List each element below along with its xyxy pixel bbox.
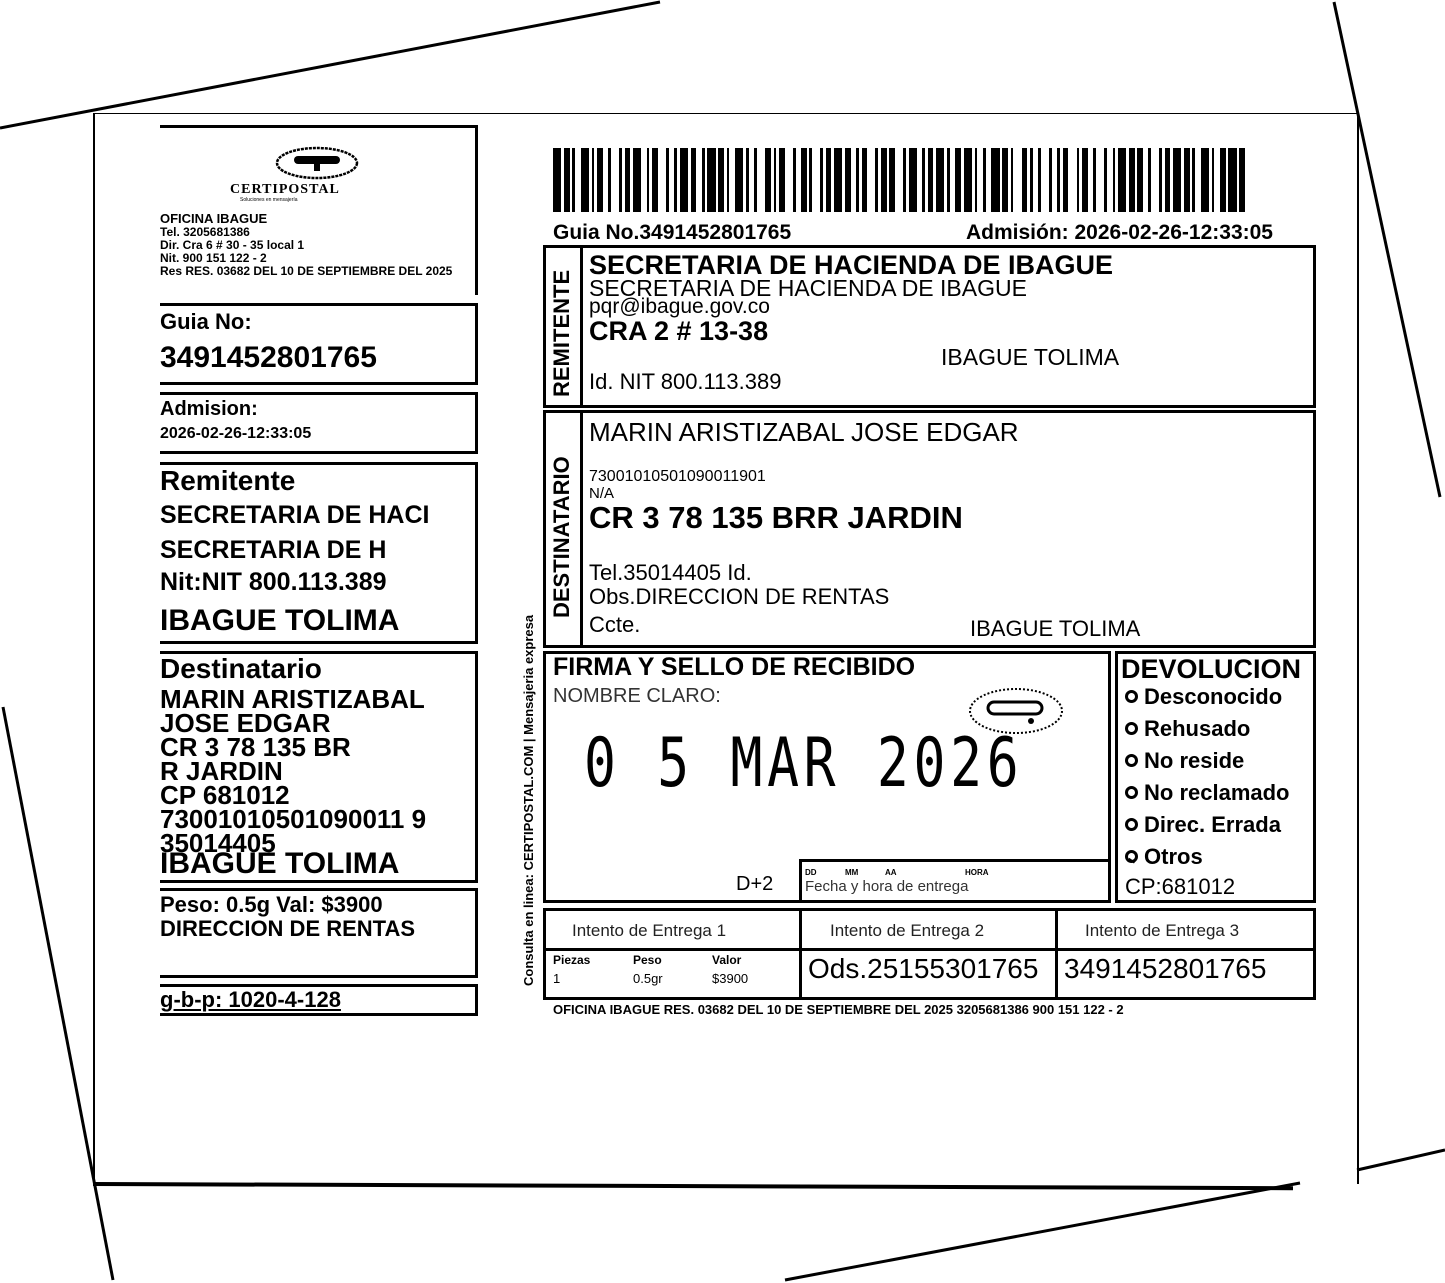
delivery-stamp-date: 0 5 MAR 2026 (584, 730, 1023, 798)
devolucion-option-label: Direc. Errada (1144, 812, 1281, 837)
radio-empty-icon[interactable] (1125, 722, 1138, 735)
piezas-value: 1 (553, 972, 560, 985)
fecha-header-aa: AA (885, 869, 897, 877)
left-remitente-line: SECRETARIA DE HACI (160, 503, 429, 528)
intento-2-header: Intento de Entrega 2 (830, 922, 984, 939)
remitente-divider (580, 248, 583, 405)
devolucion-option[interactable]: Rehusado (1125, 718, 1250, 740)
intentos-col-divider (799, 908, 802, 1000)
fecha-header-hora: HORA (965, 869, 989, 877)
destinatario-section-label: DESTINATARIO (551, 456, 573, 618)
radio-checked-icon[interactable] (1125, 850, 1138, 863)
devolucion-option-label: Otros (1144, 844, 1203, 869)
intentos-row-divider (543, 948, 1316, 951)
destinatario-address: CR 3 78 135 BRR JARDIN (589, 502, 963, 533)
intento-1-header: Intento de Entrega 1 (572, 922, 726, 939)
piezas-label: Piezas (553, 954, 590, 966)
left-remitente-line: SECRETARIA DE H (160, 538, 386, 563)
header-guia: Guia No.3491452801765 (553, 222, 791, 243)
left-remitente-line: IBAGUE TOLIMA (160, 606, 399, 636)
left-remitente-line: Nit:NIT 800.113.389 (160, 570, 387, 595)
devolucion-option-label: Rehusado (1144, 716, 1250, 741)
d-plus: D+2 (736, 874, 773, 894)
barcode-icon (553, 148, 1249, 212)
devolucion-option[interactable]: Otros (1125, 846, 1203, 868)
fecha-header-mm: MM (845, 869, 858, 877)
office-resolution: Res RES. 03682 DEL 10 DE SEPTIEMBRE DEL … (160, 265, 452, 277)
radio-empty-icon[interactable] (1125, 754, 1138, 767)
observacion: DIRECCION DE RENTAS (160, 918, 415, 940)
left-destinatario-line: IBAGUE TOLIMA (160, 850, 399, 878)
destinatario-ccte: Ccte. (589, 614, 640, 636)
footer-text: OFICINA IBAGUE RES. 03682 DEL 10 DE SEPT… (553, 1003, 1124, 1016)
intentos-guia: 3491452801765 (1064, 955, 1266, 983)
remitente-email: pqr@ibague.gov.co (589, 296, 770, 317)
guia-label: Guia No: (160, 311, 252, 333)
destinatario-name: MARIN ARISTIZABAL JOSE EDGAR (589, 419, 1019, 445)
admision-label: Admision: (160, 399, 258, 419)
nombre-claro-label: NOMBRE CLARO: (553, 686, 721, 706)
remitente-city: IBAGUE TOLIMA (941, 346, 1119, 369)
office-nit: Nit. 900 151 122 - 2 (160, 252, 267, 264)
destinatario-code: 73001010501090011901 (589, 469, 766, 485)
fecha-label: Fecha y hora de entrega (805, 879, 968, 894)
office-address: Dir. Cra 6 # 30 - 35 local 1 (160, 239, 304, 251)
radio-empty-icon[interactable] (1125, 818, 1138, 831)
logo-brand: CERTIPOSTAL (230, 183, 340, 197)
devolucion-option[interactable]: Desconocido (1125, 686, 1282, 708)
intentos-col-divider (1055, 908, 1058, 1000)
certipostal-cp-logo-icon (272, 145, 362, 181)
devolucion-option[interactable]: Direc. Errada (1125, 814, 1281, 836)
remitente-section-label: REMITENTE (551, 270, 573, 397)
logo-tagline: Soluciones en mensajería (240, 198, 298, 203)
devolucion-option-label: Desconocido (1144, 684, 1282, 709)
devolucion-title: DEVOLUCION (1121, 656, 1301, 683)
radio-empty-icon[interactable] (1125, 786, 1138, 799)
devolucion-option-label: No reclamado (1144, 780, 1290, 805)
destinatario-tel: Tel.35014405 Id. (589, 562, 752, 584)
guia-number: 3491452801765 (160, 343, 377, 373)
gbp: g-b-p: 1020-4-128 (160, 989, 341, 1011)
fecha-header-dd: DD (805, 869, 817, 877)
peso-val: Peso: 0.5g Val: $3900 (160, 894, 383, 916)
destinatario-city: IBAGUE TOLIMA (970, 618, 1140, 640)
office-tel: Tel. 3205681386 (160, 226, 250, 238)
valor-value: $3900 (712, 972, 748, 985)
destinatario-obs: Obs.DIRECCION DE RENTAS (589, 586, 889, 608)
destinatario-na: N/A (589, 486, 614, 501)
office-name: OFICINA IBAGUE (160, 212, 267, 225)
peso-label: Peso (633, 954, 662, 966)
side-text: Consulta en linea: CERTIPOSTAL.COM | Men… (522, 615, 535, 986)
firma-title: FIRMA Y SELLO DE RECIBIDO (553, 655, 915, 680)
destinatario-divider (580, 413, 583, 645)
devolucion-cp: CP:681012 (1125, 876, 1235, 898)
remitente-id: Id. NIT 800.113.389 (589, 371, 781, 393)
left-remitente-label: Remitente (160, 467, 295, 495)
radio-empty-icon[interactable] (1125, 690, 1138, 703)
intento-3-header: Intento de Entrega 3 (1085, 922, 1239, 939)
header-admision: Admisión: 2026-02-26-12:33:05 (966, 222, 1273, 243)
admision-value: 2026-02-26-12:33:05 (160, 426, 311, 442)
ods-number: Ods.25155301765 (808, 955, 1038, 983)
valor-label: Valor (712, 954, 741, 966)
devolucion-option[interactable]: No reclamado (1125, 782, 1290, 804)
peso-value: 0.5gr (633, 972, 663, 985)
devolucion-option-label: No reside (1144, 748, 1244, 773)
devolucion-option[interactable]: No reside (1125, 750, 1244, 772)
remitente-address: CRA 2 # 13-38 (589, 318, 768, 345)
left-destinatario-label: Destinatario (160, 655, 322, 683)
